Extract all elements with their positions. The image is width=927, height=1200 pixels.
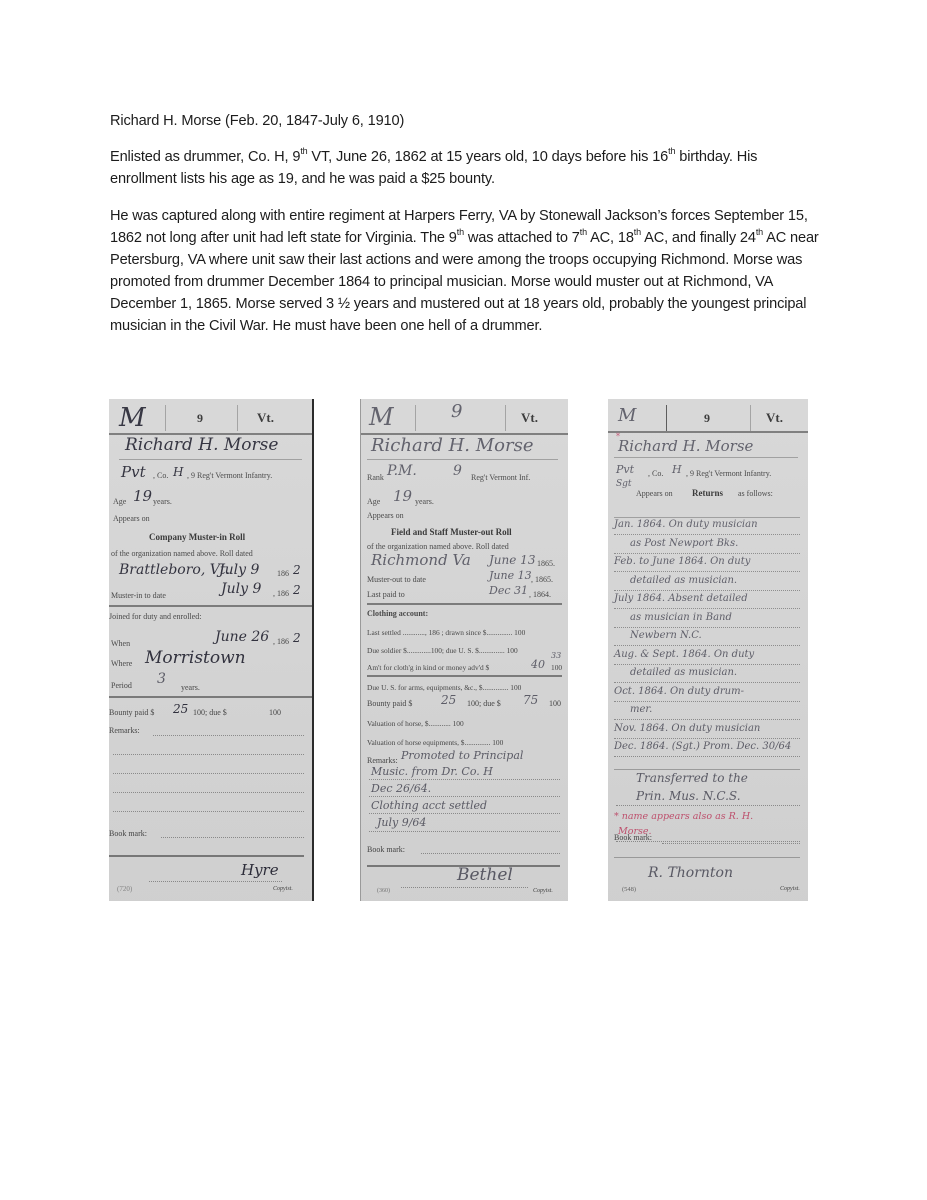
returns-entry: detailed as musician.: [630, 667, 737, 678]
age-label: Age: [367, 497, 380, 506]
divider: [415, 405, 416, 431]
rule: [614, 457, 798, 458]
dotted-line: [614, 590, 800, 591]
company: H: [672, 463, 682, 476]
dotted-line: [369, 813, 560, 814]
due-us-arms: Due U. S. for arms, equipments, &c., $..…: [367, 683, 521, 692]
muster-year-prefix: , 186: [273, 589, 289, 598]
when-year-prefix: , 186: [273, 637, 289, 646]
years-label: years.: [153, 497, 172, 506]
text-span: AC, and finally 24: [641, 230, 756, 246]
returns-card: M 9 Vt. * Richard H. Morse Pvt , Co. H ,…: [608, 399, 808, 901]
rank: Pvt: [616, 463, 634, 476]
company: H: [173, 465, 183, 479]
lastpaid-date: Dec 31: [489, 584, 528, 597]
remarks-line: Dec 26/64.: [371, 782, 431, 795]
muster-out-label: Muster-out to date: [367, 575, 426, 584]
appears-on: Appears on: [113, 514, 150, 523]
regiment-line: Reg't Vermont Inf.: [471, 473, 530, 482]
dotted-line: [153, 735, 304, 736]
roll-date: July 9: [219, 562, 259, 578]
appears-on: Appears on: [636, 489, 673, 498]
rule: [367, 675, 562, 677]
years-label: years.: [415, 497, 434, 506]
horse-equip-valuation: Valuation of horse equipments, $........…: [367, 738, 503, 747]
dotted-line: [421, 853, 560, 854]
card-initial: M: [618, 405, 636, 426]
returns-entry: Dec. 1864. (Sgt.) Prom. Dec. 30/64: [614, 741, 791, 752]
lastpaid-label: Last paid to: [367, 590, 405, 599]
rule: [367, 603, 562, 605]
paragraph-service: He was captured along with entire regime…: [110, 205, 825, 337]
superscript: th: [457, 227, 464, 237]
card-stamp: (360): [377, 888, 390, 894]
joined-label: Joined for duty and enrolled:: [109, 612, 201, 621]
regiment-line: , 9 Reg't Vermont Infantry.: [686, 469, 771, 478]
copyist-signature: Hyre: [241, 861, 279, 879]
title-text: Richard H. Morse (Feb. 20, 1847-July 6, …: [110, 110, 825, 132]
returns-entry: Jan. 1864. On duty musician: [614, 519, 758, 530]
dotted-line: [161, 837, 304, 838]
card-regiment: 9: [197, 411, 203, 426]
returns-entry: July 1864. Absent detailed: [614, 593, 748, 604]
divider: [165, 405, 166, 431]
roll-place: Richmond Va: [371, 551, 471, 569]
roll-date: June 13: [489, 553, 535, 567]
lastpaid-year: , 1864.: [529, 590, 551, 599]
superscript: th: [634, 227, 641, 237]
age-label: Age: [113, 497, 126, 506]
card-state: Vt.: [521, 410, 538, 426]
bounty-label: Bounty paid $: [367, 699, 412, 708]
text-span: VT, June 26, 1862 at 15 years old, 10 da…: [308, 149, 669, 165]
card-regiment: 9: [704, 411, 710, 426]
rank: Pvt: [121, 463, 146, 481]
dotted-line: [614, 571, 800, 572]
rule: [109, 605, 312, 607]
card-regiment: 9: [451, 401, 462, 422]
copyist-label: Copyist.: [273, 886, 293, 892]
dotted-line: [369, 779, 560, 780]
text-span: AC, 18: [587, 230, 634, 246]
transfer-line: Prin. Mus. N.C.S.: [636, 789, 741, 803]
rule: [109, 855, 304, 857]
soldier-name: Richard H. Morse: [125, 435, 278, 455]
returns-label: Returns: [692, 488, 723, 498]
dotted-line: [614, 719, 800, 720]
roll-year: 1865.: [537, 559, 555, 568]
roll-desc: of the organization named above. Roll da…: [111, 549, 253, 558]
rule: [367, 459, 558, 460]
when-value: June 26: [215, 629, 269, 645]
muster-in-date: July 9: [221, 581, 261, 597]
bookmark-label: Book mark:: [367, 845, 405, 854]
due-soldier-value: 33: [551, 651, 561, 660]
appears-on: Appears on: [367, 511, 404, 520]
dotted-line: [614, 534, 800, 535]
last-settled: Last settled ............, 186 ; drawn s…: [367, 628, 525, 637]
superscript: th: [668, 146, 675, 156]
returns-entry: mer.: [630, 704, 652, 715]
roll-year: 2: [293, 563, 301, 577]
divider: [666, 405, 667, 431]
roll-year-prefix: 186: [277, 569, 289, 578]
dotted-line: [401, 887, 528, 888]
muster-out-card: M 9 Vt. Richard H. Morse Rank P.M. 9 Reg…: [360, 399, 568, 901]
dotted-line: [113, 792, 304, 793]
muster-year: 2: [293, 583, 301, 597]
roll-place: Brattleboro, Vt.: [119, 562, 230, 578]
dotted-line: [614, 627, 800, 628]
bounty-cents: 100: [549, 699, 561, 708]
regiment-line: , 9 Reg't Vermont Infantry.: [187, 471, 272, 480]
dotted-line: [662, 843, 800, 844]
dotted-line: [614, 664, 800, 665]
where-label: Where: [111, 659, 132, 668]
rank: P.M.: [387, 463, 417, 479]
dotted-line: [614, 701, 800, 702]
rule: [614, 857, 800, 858]
horse-valuation: Valuation of horse, $............ 100: [367, 719, 464, 728]
age: 19: [393, 487, 412, 505]
roll-desc: of the organization named above. Roll da…: [367, 542, 509, 551]
card-stamp: (548): [622, 886, 636, 893]
superscript: th: [580, 227, 587, 237]
period-label: Period: [111, 681, 132, 690]
remarks-label: Remarks:: [109, 726, 140, 735]
remarks-label: Remarks:: [367, 756, 398, 765]
paragraph-enlistment: Enlisted as drummer, Co. H, 9th VT, June…: [110, 146, 825, 190]
divider: [505, 405, 506, 431]
text-span: Enlisted as drummer, Co. H, 9: [110, 149, 300, 165]
remarks-line: Clothing acct settled: [371, 799, 487, 812]
company-label: , Co.: [648, 469, 663, 478]
card-stamp: (720): [117, 885, 132, 893]
divider: [750, 405, 751, 431]
bookmark-label: Book mark:: [614, 833, 652, 842]
where-value: Morristown: [145, 648, 246, 668]
soldier-name: Richard H. Morse: [618, 437, 753, 455]
returns-entry: Oct. 1864. On duty drum-: [614, 686, 744, 697]
remarks-line: Music. from Dr. Co. H: [371, 765, 493, 778]
document-title: Richard H. Morse (Feb. 20, 1847-July 6, …: [110, 110, 825, 132]
rule: [608, 431, 808, 433]
bounty-value: 25: [441, 693, 456, 707]
bounty-due-cents: 100: [269, 708, 281, 717]
muster-out-year: , 1865.: [531, 575, 553, 584]
text-span: was attached to 7: [464, 230, 580, 246]
dotted-line: [614, 553, 800, 554]
muster-in-card: M 9 Vt. Richard H. Morse Pvt , Co. H , 9…: [109, 399, 314, 901]
transfer-line: Transferred to the: [636, 771, 748, 785]
copyist-label: Copyist.: [780, 886, 800, 892]
bounty-due: 75: [523, 693, 538, 707]
regiment-num: 9: [453, 463, 462, 479]
dotted-line: [149, 881, 282, 882]
amt-cents: 100: [551, 663, 562, 672]
bounty-value: 25: [173, 702, 188, 716]
remarks-line: Promoted to Principal: [401, 749, 523, 762]
returns-entry: Feb. to June 1864. On duty: [614, 556, 750, 567]
bounty-label: Bounty paid $: [109, 708, 154, 717]
card-state: Vt.: [766, 410, 783, 426]
dotted-line: [614, 738, 800, 739]
returns-entry: detailed as musician.: [630, 575, 737, 586]
dotted-line: [113, 773, 304, 774]
rule: [109, 696, 312, 698]
soldier-name: Richard H. Morse: [371, 435, 533, 456]
superscript: th: [756, 227, 763, 237]
amt-label: Am't for cloth'g in kind or money adv'd …: [367, 663, 489, 672]
dotted-line: [614, 756, 800, 757]
rule: [119, 459, 302, 460]
rule: [614, 769, 800, 770]
clothing-label: Clothing account:: [367, 609, 428, 618]
age: 19: [133, 487, 152, 505]
returns-entry: as musician in Band: [630, 612, 732, 623]
returns-entry: as Post Newport Bks.: [630, 538, 738, 549]
when-year: 2: [293, 631, 301, 645]
dotted-line: [369, 831, 560, 832]
copyist-signature: R. Thornton: [648, 865, 733, 881]
dotted-line: [616, 805, 800, 806]
dotted-line: [113, 754, 304, 755]
dotted-line: [614, 645, 800, 646]
when-label: When: [111, 639, 130, 648]
amt-value: 40: [531, 658, 545, 671]
returns-entry: Nov. 1864. On duty musician: [614, 723, 760, 734]
period-years: years.: [181, 683, 200, 692]
dotted-line: [369, 796, 560, 797]
rank-label: Rank: [367, 473, 384, 482]
copyist-label: Copyist.: [533, 888, 553, 894]
due-soldier: Due soldier $.............100; due U. S.…: [367, 646, 518, 655]
returns-entry: Aug. & Sept. 1864. On duty: [614, 649, 754, 660]
bookmark-label: Book mark:: [109, 829, 147, 838]
name-note: * name appears also as R. H.: [614, 811, 753, 822]
roll-title: Company Muster-in Roll: [149, 532, 245, 542]
card-initial: M: [369, 403, 394, 431]
as-follows: as follows:: [738, 489, 773, 498]
copyist-signature: Bethel: [457, 865, 513, 885]
card-initial: M: [119, 403, 146, 433]
rank-secondary: Sgt: [616, 479, 632, 489]
period-value: 3: [157, 671, 166, 687]
dotted-line: [614, 682, 800, 683]
bounty-rest: 100; due $: [193, 708, 227, 717]
returns-entry: Newbern N.C.: [630, 630, 702, 641]
superscript: th: [300, 146, 307, 156]
divider: [237, 405, 238, 431]
muster-in-label: Muster-in to date: [111, 591, 166, 600]
roll-title: Field and Staff Muster-out Roll: [391, 527, 512, 537]
dotted-line: [113, 811, 304, 812]
dotted-line: [614, 608, 800, 609]
card-state: Vt.: [257, 410, 274, 426]
company-label: , Co.: [153, 471, 168, 480]
rule: [614, 517, 800, 518]
bounty-mid: 100; due $: [467, 699, 501, 708]
remarks-line: July 9/64: [377, 816, 426, 829]
muster-out-date: June 13: [489, 569, 532, 582]
